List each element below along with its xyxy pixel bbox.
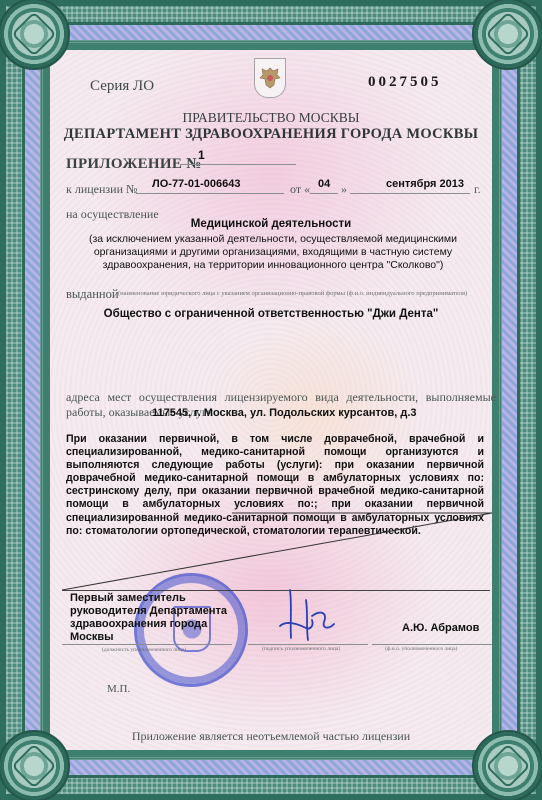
signatory-position-text: Первый заместитель руководителя Департам… bbox=[70, 592, 250, 644]
license-number: ЛО-77-01-006643 bbox=[152, 178, 240, 190]
date-day-line bbox=[310, 193, 338, 194]
date-day: 04 bbox=[318, 178, 330, 190]
signature-icon bbox=[276, 586, 336, 642]
government-title: ПРАВИТЕЛЬСТВО МОСКВЫ bbox=[0, 110, 542, 126]
russian-coat-of-arms-icon bbox=[254, 58, 286, 98]
corner-rosette-icon bbox=[472, 0, 542, 70]
date-quote-close: » bbox=[341, 182, 347, 197]
date-from-label: от « bbox=[290, 182, 310, 197]
position-line bbox=[62, 644, 232, 645]
license-appendix-document: Серия ЛО 0027505 ПРАВИТЕЛЬСТВО МОСКВЫ ДЕ… bbox=[0, 0, 542, 800]
appendix-number-line bbox=[180, 164, 296, 165]
signature-line bbox=[248, 644, 368, 645]
hint-name: (ф.и.о. уполномоченного лица) bbox=[385, 646, 457, 652]
issued-hint: (наименование юридического лица с указан… bbox=[118, 290, 467, 297]
hint-signature: (подпись уполномоченного лица) bbox=[262, 646, 340, 652]
series-label: Серия ЛО bbox=[90, 78, 154, 95]
stamp-place-label: М.П. bbox=[107, 683, 130, 695]
year-suffix: г. bbox=[474, 182, 481, 197]
license-label: к лицензии № bbox=[66, 182, 137, 197]
department-title: ДЕПАРТАМЕНТ ЗДРАВООХРАНЕНИЯ ГОРОДА МОСКВ… bbox=[0, 126, 542, 143]
activity-title: Медицинской деятельности bbox=[0, 218, 542, 230]
address: 117545, г. Москва, ул. Подольских курсан… bbox=[152, 407, 417, 419]
hint-position: (должность уполномоченного лица) bbox=[102, 647, 186, 653]
activity-note: (за исключением указанной деятельности, … bbox=[62, 233, 484, 272]
strike-through-lines bbox=[62, 505, 494, 595]
date-month-year: сентября 2013 bbox=[386, 178, 464, 190]
date-month-line bbox=[350, 193, 470, 194]
appendix-number: 1 bbox=[198, 148, 205, 162]
signatory-position: Первый заместитель руководителя Департам… bbox=[70, 592, 250, 644]
footer-note: Приложение является неотъемлемой частью … bbox=[0, 729, 542, 744]
serial-number: 0027505 bbox=[368, 74, 442, 91]
issued-label: выданной bbox=[66, 287, 119, 302]
license-number-line bbox=[136, 193, 284, 194]
name-line bbox=[372, 644, 492, 645]
signatory-name: А.Ю. Абрамов bbox=[402, 622, 479, 634]
organization-name: Общество с ограниченной ответственностью… bbox=[0, 308, 542, 320]
